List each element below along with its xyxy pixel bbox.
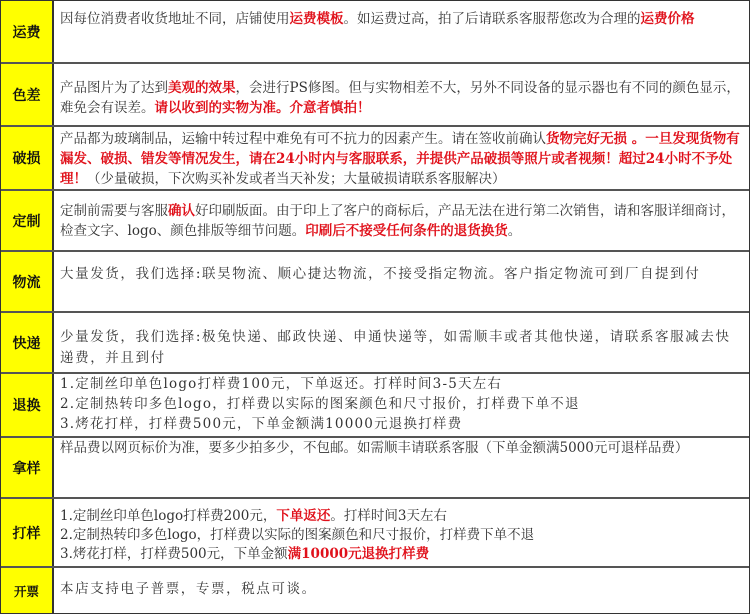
row-color-difference: 色差 产品图片为了达到美观的效果，会进行PS修图。但与实物相差不大，另外不同设备… xyxy=(1,64,749,127)
content-proofing: 1.定制丝印单色logo打样费200元，下单返还。打样时间3天左右 2.定制热转… xyxy=(54,499,749,566)
label-damage: 破损 xyxy=(1,127,54,189)
label-returns: 退换 xyxy=(1,374,54,436)
label-express: 快递 xyxy=(1,313,54,372)
returns-line-2: 2.定制热转印多色logo，打样费以实际的图案颜色和尺寸报价，打样费下单不退 xyxy=(60,394,743,414)
row-logistics: 物流 大量发货，我们选择:联昊物流、顺心捷达物流，不接受指定物流。客户指定物流可… xyxy=(1,252,749,313)
content-returns: 1.定制丝印单色logo打样费100元，下单返还。打样时间3-5天左右 2.定制… xyxy=(54,374,749,436)
proofing-line-1: 1.定制丝印单色logo打样费200元，下单返还。打样时间3天左右 xyxy=(60,507,743,526)
content-damage: 产品都为玻璃制品，运输中转过程中难免有可不抗力的因素产生。请在签收前确认货物完好… xyxy=(54,127,749,189)
row-sample-pickup: 拿样 样品费以网页标价为准，要多少拍多少，不包邮。如需顺丰请联系客服（下单金额满… xyxy=(1,438,749,499)
content-shipping-fee: 因每位消费者收货地址不同，店铺使用运费模板。如运费过高，拍了后请联系客服帮您改为… xyxy=(54,1,749,62)
row-damage: 破损 产品都为玻璃制品，运输中转过程中难免有可不抗力的因素产生。请在签收前确认货… xyxy=(1,127,749,191)
row-proofing: 打样 1.定制丝印单色logo打样费200元，下单返还。打样时间3天左右 2.定… xyxy=(1,499,749,568)
label-logistics: 物流 xyxy=(1,252,54,311)
content-express: 少量发货，我们选择:极兔快递、邮政快递、申通快递等，如需顺丰或者其他快递，请联系… xyxy=(54,313,749,372)
content-logistics: 大量发货，我们选择:联昊物流、顺心捷达物流，不接受指定物流。客户指定物流可到厂自… xyxy=(54,252,749,311)
row-invoice: 开票 本店支持电子普票，专票，税点可谈。 xyxy=(1,568,749,613)
policy-table: 运费 因每位消费者收货地址不同，店铺使用运费模板。如运费过高，拍了后请联系客服帮… xyxy=(0,0,750,614)
content-customization: 定制前需要与客服确认好印刷版面。由于印上了客户的商标后，产品无法在进行第二次销售… xyxy=(54,191,749,250)
label-shipping-fee: 运费 xyxy=(1,1,54,62)
label-invoice: 开票 xyxy=(1,568,54,613)
returns-line-1: 1.定制丝印单色logo打样费100元，下单返还。打样时间3-5天左右 xyxy=(60,374,743,394)
label-proofing: 打样 xyxy=(1,499,54,566)
label-color-difference: 色差 xyxy=(1,64,54,125)
proofing-line-2: 2.定制热转印多色logo，打样费以实际的图案颜色和尺寸报价，打样费下单不退 xyxy=(60,526,743,545)
row-express: 快递 少量发货，我们选择:极兔快递、邮政快递、申通快递等，如需顺丰或者其他快递，… xyxy=(1,313,749,374)
row-returns: 退换 1.定制丝印单色logo打样费100元，下单返还。打样时间3-5天左右 2… xyxy=(1,374,749,438)
content-invoice: 本店支持电子普票，专票，税点可谈。 xyxy=(54,568,749,613)
content-color-difference: 产品图片为了达到美观的效果，会进行PS修图。但与实物相差不大，另外不同设备的显示… xyxy=(54,64,749,125)
label-customization: 定制 xyxy=(1,191,54,250)
content-sample-pickup: 样品费以网页标价为准，要多少拍多少，不包邮。如需顺丰请联系客服（下单金额满500… xyxy=(54,438,749,497)
proofing-line-3: 3.烤花打样，打样费500元，下单金额满10000元退换打样费 xyxy=(60,545,743,564)
label-sample-pickup: 拿样 xyxy=(1,438,54,497)
returns-line-3: 3.烤花打样，打样费500元，下单金额满10000元退换打样费 xyxy=(60,414,743,434)
row-customization: 定制 定制前需要与客服确认好印刷版面。由于印上了客户的商标后，产品无法在进行第二… xyxy=(1,191,749,252)
row-shipping-fee: 运费 因每位消费者收货地址不同，店铺使用运费模板。如运费过高，拍了后请联系客服帮… xyxy=(1,1,749,64)
